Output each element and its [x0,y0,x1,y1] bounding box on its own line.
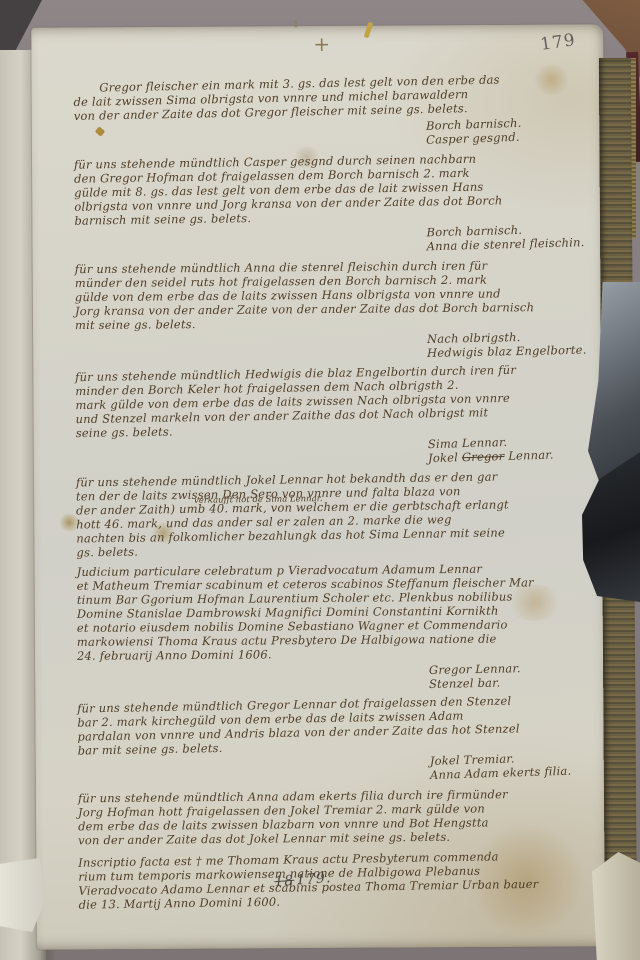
signature-block: Borch barnisch. Casper gesgnd. [426,115,580,145]
manuscript-entry: für uns stehende mündtlich Hedwigis die … [75,363,582,468]
small-mark: 1 [293,20,299,30]
manuscript-entry: für uns stehende mündtlich Jokel Lennar … [76,470,583,558]
manuscript-entry-latin: Judicium particulare celebratum p Vierad… [77,562,583,690]
signature-text: Jokel [428,450,462,465]
signature-line: Anna die stenrel fleischin. [427,235,581,253]
signature-block: Borch barnisch. Anna die stenrel fleisch… [426,223,580,252]
struck-folio: 18 [274,873,295,890]
page-number: 179 [539,30,577,55]
cross-mark: + [313,32,330,56]
worn-page-corner [592,852,640,960]
manuscript-text: Gregor fleischer ein mark mit 3. gs. das… [73,74,584,916]
manuscript-entry: Gregor fleischer ein mark mit 3. gs. das… [73,72,580,150]
manuscript-entry: für uns stehende mündtlich Anna adam eke… [78,788,584,846]
signature-line-with-strikeout: Jokel Gregor Lennar. [428,447,582,465]
signature-block: Nach olbrigsth. Hedwigis blaz Engelborte… [427,330,581,359]
signature-text: Lennar. [504,448,554,463]
manuscript-entry: für uns stehende mündtlich Casper gesgnd… [74,152,581,256]
manuscript-page: + 1 179 Gregor fleischer ein mark mit 3.… [31,24,609,949]
struck-word: Gregor [462,449,505,464]
signature-block: Sima Lennar. Jokel Gregor Lennar. [428,434,582,464]
manuscript-line: 24. februarij Anno Domini 1606. [77,645,583,663]
current-folio: 179. [296,870,332,889]
manuscript-photo: + 1 179 Gregor fleischer ein mark mit 3.… [0,0,640,960]
manuscript-entry: für uns stehende mündtlich Anna die sten… [75,259,581,360]
manuscript-entry: für uns stehende mündtlich Gregor Lennar… [77,694,584,786]
interlinear-insertion: verkaufft hot de Sima Lennar. [194,492,323,508]
signature-line: Stenzel bar. [429,674,583,691]
signature-block: Jokel Tremiar. Anna Adam ekerts filia. [430,751,584,781]
signature-line: Hedwigis blaz Engelborte. [427,343,581,360]
signature-block: Gregor Lennar. Stenzel bar. [429,661,583,689]
